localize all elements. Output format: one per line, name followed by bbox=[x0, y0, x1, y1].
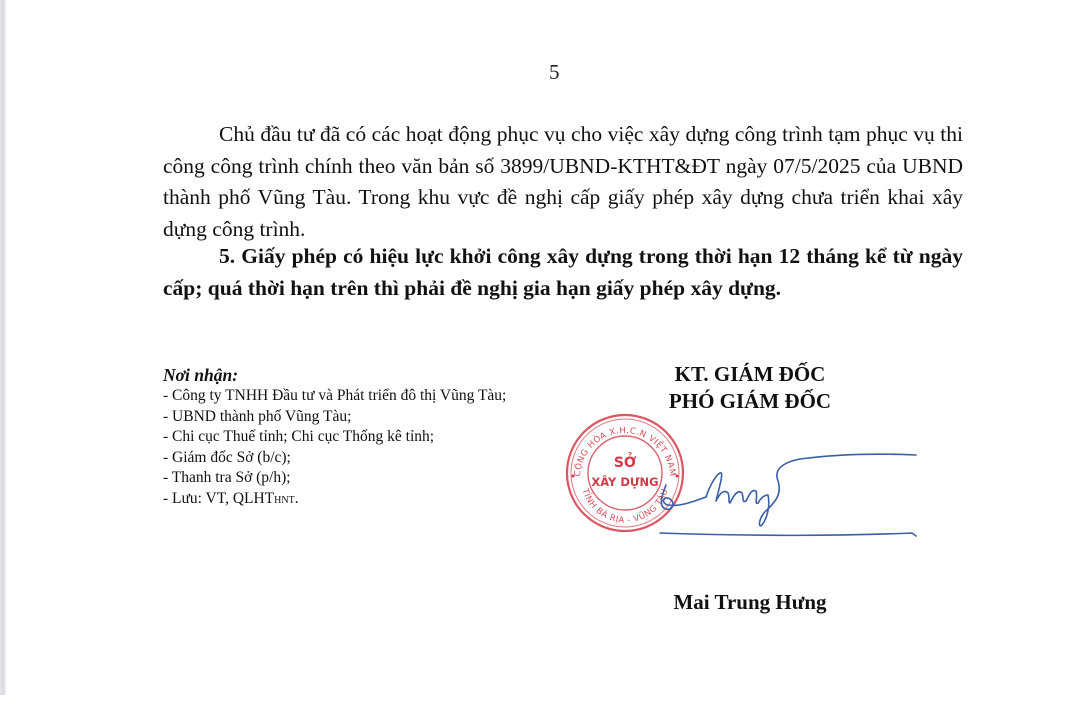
archive-subscript: HNT bbox=[274, 495, 295, 506]
page-number: 5 bbox=[549, 60, 560, 85]
recipients-heading: Nơi nhận: bbox=[163, 364, 543, 386]
archive-text: - Lưu: VT, QLHT bbox=[163, 490, 274, 507]
recipient-item-archive: - Lưu: VT, QLHTHNT. bbox=[163, 489, 543, 512]
recipient-item: - Giám đốc Sở (b/c); bbox=[163, 448, 543, 469]
body-paragraph-1: Chủ đầu tư đã có các hoạt động phục vụ c… bbox=[163, 119, 963, 245]
recipient-item: - UBND thành phố Vũng Tàu; bbox=[163, 407, 543, 428]
archive-end: . bbox=[295, 490, 299, 507]
signature-title-line1: KT. GIÁM ĐỐC bbox=[600, 362, 900, 387]
svg-text:SỞ: SỞ bbox=[614, 452, 636, 471]
recipients-block: Nơi nhận: - Công ty TNHH Đầu tư và Phát … bbox=[163, 364, 543, 511]
body-paragraph-1-text: Chủ đầu tư đã có các hoạt động phục vụ c… bbox=[163, 122, 963, 241]
viewer-left-edge bbox=[0, 0, 6, 695]
recipient-item: - Thanh tra Sở (p/h); bbox=[163, 468, 543, 489]
signature-title-line2: PHÓ GIÁM ĐỐC bbox=[600, 389, 900, 414]
body-paragraph-2: 5. Giấy phép có hiệu lực khởi công xây d… bbox=[163, 241, 963, 304]
handwritten-signature-icon bbox=[640, 445, 930, 555]
recipient-item: - Công ty TNHH Đầu tư và Phát triển đô t… bbox=[163, 386, 543, 407]
body-paragraph-2-text: 5. Giấy phép có hiệu lực khởi công xây d… bbox=[163, 244, 963, 300]
signer-name: Mai Trung Hưng bbox=[600, 590, 900, 615]
recipient-item: - Chi cục Thuế tỉnh; Chi cục Thống kê tỉ… bbox=[163, 427, 543, 448]
